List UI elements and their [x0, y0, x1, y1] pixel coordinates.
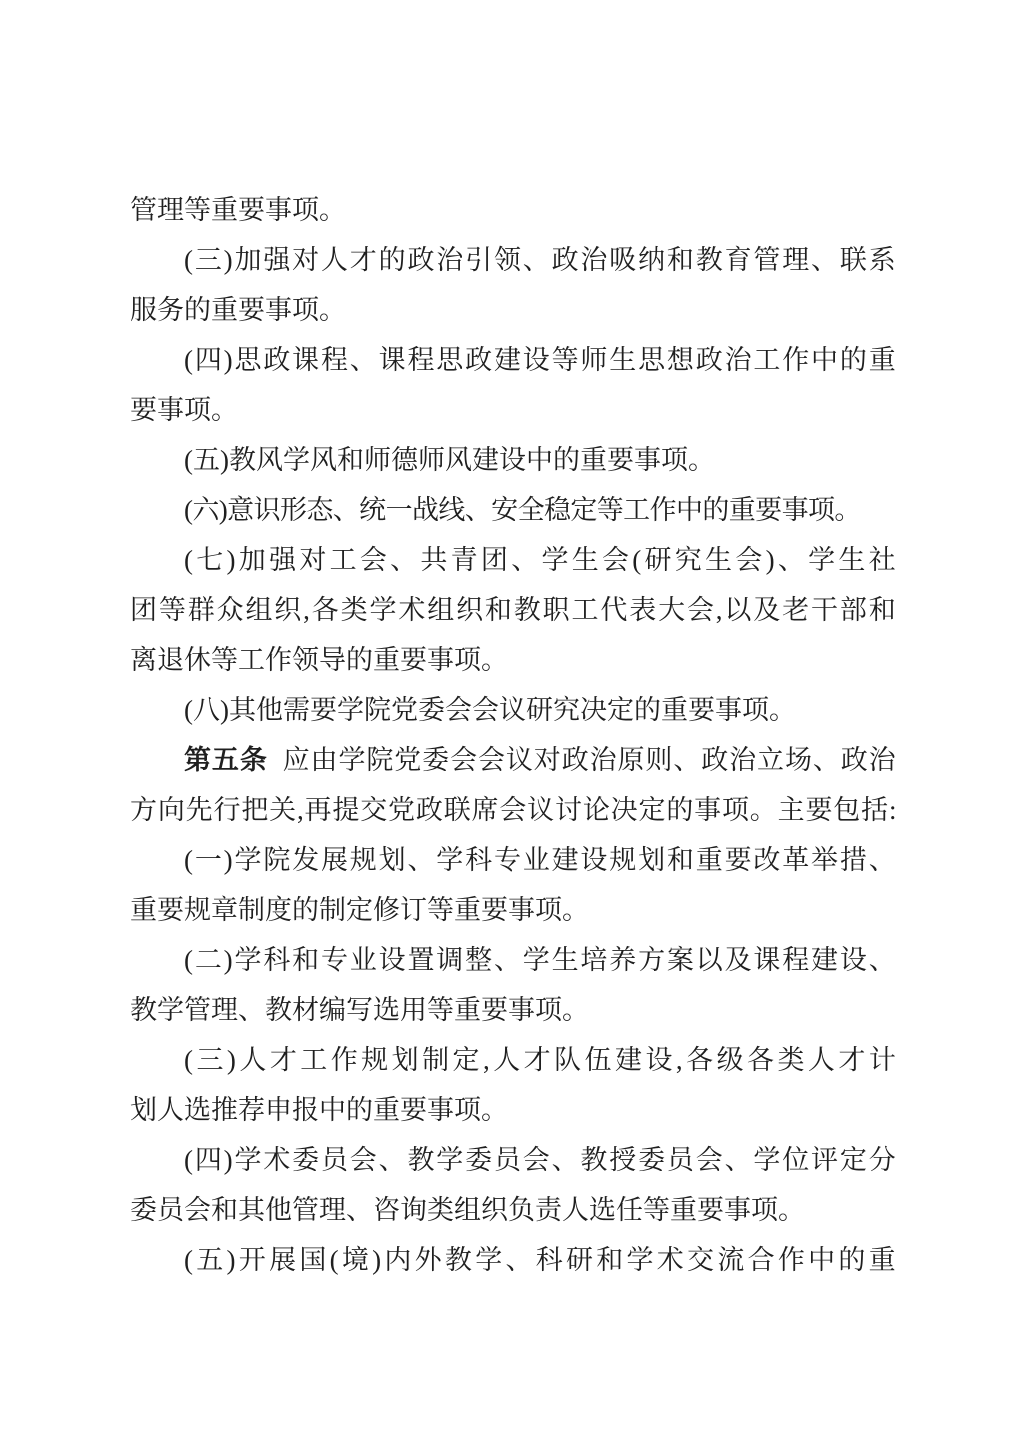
line-text: 设	[840, 935, 867, 985]
line-text: 培	[580, 935, 607, 985]
line-text: 调	[436, 935, 463, 985]
line-text: 共	[420, 535, 447, 585]
line-text: 原	[618, 735, 645, 785]
line-text: 作	[778, 1235, 805, 1285]
line-text: 联	[840, 235, 867, 285]
line-text: 以	[724, 585, 751, 635]
line-text: 领	[494, 235, 521, 285]
line-text: (	[184, 1235, 193, 1285]
line-text: )	[227, 1035, 236, 1085]
line-text: 院	[263, 835, 290, 885]
line-text: 生	[552, 935, 579, 985]
line-text: 、	[494, 935, 521, 985]
document-line: 划人选推荐申报中的重要事项。	[130, 1085, 896, 1135]
line-text: 境	[342, 1235, 369, 1285]
line-text: 定	[638, 785, 664, 835]
line-text: 课	[292, 335, 319, 385]
line-text: 教学管理、教材编写选用等重要事项。	[130, 995, 589, 1025]
line-text: 表	[629, 585, 656, 635]
line-text: 中	[811, 335, 838, 385]
document-line: (三)人才工作规划制定,人才队伍建设,各级各类人才计	[130, 1035, 896, 1085]
line-text: 、	[673, 735, 700, 785]
line-text: 科	[536, 1235, 563, 1285]
line-text: 各	[747, 1035, 774, 1085]
line-text: 、	[552, 1135, 579, 1185]
line-text: 革	[782, 835, 809, 885]
document-line: (四)思政课程、课程思政建设等师生思想政治工作中的重	[130, 335, 896, 385]
line-text: 项	[722, 785, 748, 835]
line-text: 置	[407, 935, 434, 985]
line-text: 包	[833, 785, 859, 835]
line-text: 建	[494, 335, 521, 385]
line-text: 合	[748, 1235, 775, 1285]
line-text: ,	[303, 585, 310, 635]
line-text: 治	[590, 735, 617, 785]
line-text: 学	[808, 535, 835, 585]
line-text: 师	[580, 335, 607, 385]
line-text: 的	[840, 335, 867, 385]
line-text: 重	[869, 335, 896, 385]
line-text: 和	[869, 585, 896, 635]
line-text: 团	[130, 585, 157, 635]
line-text: 作	[331, 1035, 358, 1085]
line-text: 整	[465, 935, 492, 985]
line-text: 建	[811, 935, 838, 985]
line-text: 案	[667, 935, 694, 985]
line-text: 委	[292, 1135, 319, 1185]
line-text: (	[632, 535, 641, 585]
line-text: 部	[840, 585, 867, 635]
line-text: 教	[580, 1135, 607, 1185]
line-text: 重	[696, 835, 723, 885]
line-text: 课	[753, 935, 780, 985]
document-line: (八)其他需要学院党委会会议研究决定的重要事项。	[130, 685, 896, 735]
line-text: 研	[566, 1235, 593, 1285]
line-text: 教	[407, 1135, 434, 1185]
line-text: 五	[196, 1235, 223, 1285]
line-text: 学	[523, 935, 550, 985]
line-text: 代	[600, 585, 627, 635]
line-text: )	[224, 1135, 233, 1185]
line-text: 一	[195, 835, 222, 885]
document-line: 团等群众组织,各类学术组织和教职工代表大会,以及老干部和	[130, 585, 896, 635]
line-text: 学	[436, 835, 463, 885]
line-text: 括	[861, 785, 887, 835]
line-text: 、	[390, 535, 417, 585]
document-page: 管理等重要事项。(三)加强对人才的政治引领、政治吸纳和教育管理、联系服务的重要事…	[0, 0, 1024, 1448]
line-text: 工	[753, 335, 780, 385]
line-text: 、	[778, 535, 805, 585]
line-text: 分	[869, 1135, 896, 1185]
line-text: 会	[360, 535, 387, 585]
line-text: 会	[687, 585, 714, 635]
line-text: 会	[735, 535, 762, 585]
line-text: 养	[609, 935, 636, 985]
line-text: 政	[696, 335, 723, 385]
line-text: (	[184, 835, 193, 885]
line-text: 业	[350, 935, 377, 985]
line-text: 展	[321, 835, 348, 885]
line-text: 加	[239, 535, 266, 585]
line-text: 计	[869, 1035, 896, 1085]
line-text: 学	[541, 535, 568, 585]
line-text: 学	[627, 1235, 654, 1285]
line-text: 发	[292, 835, 319, 885]
line-text: 治	[436, 235, 463, 285]
line-text: 政	[562, 735, 589, 785]
line-text: 服务的重要事项。	[130, 295, 346, 325]
line-text: 等	[159, 585, 186, 635]
line-text: ,	[297, 785, 303, 835]
line-text: 强	[263, 235, 290, 285]
line-text: )	[372, 1235, 381, 1285]
line-text: 委员会和其他管理、咨询类组织负责人选任等重要事项。	[130, 1195, 805, 1225]
document-line: 第五条应由学院党委会会议对政治原则、政治立场、政治	[130, 735, 896, 785]
line-text: 学	[475, 1235, 502, 1285]
line-text: 生	[838, 535, 865, 585]
line-text: 吸	[609, 235, 636, 285]
line-text: 治	[580, 235, 607, 285]
line-text: 会	[523, 1135, 550, 1185]
line-text: 举	[811, 835, 838, 885]
line-text: 生	[705, 535, 732, 585]
line-text: 议	[527, 785, 553, 835]
line-text: 中	[808, 1235, 835, 1285]
line-text: 究	[675, 535, 702, 585]
line-text: 交	[360, 785, 386, 835]
line-text: 组	[245, 585, 272, 635]
line-text: 三	[196, 1035, 223, 1085]
line-text: 才	[524, 1035, 551, 1085]
line-text: 离退休等工作领导的重要事项。	[130, 645, 508, 675]
line-text: 政	[552, 235, 579, 285]
document-line: 离退休等工作领导的重要事项。	[130, 635, 896, 685]
document-line: 管理等重要事项。	[130, 185, 896, 235]
line-text: 研	[645, 535, 672, 585]
line-text: 划人选推荐申报中的重要事项。	[130, 1095, 508, 1125]
line-text: (	[184, 335, 193, 385]
line-text: 。	[750, 785, 776, 835]
line-text: 级	[717, 1035, 744, 1085]
line-text: 队	[554, 1035, 581, 1085]
line-text: ,	[483, 1035, 490, 1085]
line-text: 政	[465, 335, 492, 385]
line-text: 会	[350, 1135, 377, 1185]
document-line: (四)学术委员会、教学委员会、教授委员会、学位评定分	[130, 1135, 896, 1185]
line-text: 方	[638, 935, 665, 985]
line-text: 伍	[585, 1035, 612, 1085]
line-text: 重要规章制度的制定修订等重要事项。	[130, 895, 589, 925]
document-line: 服务的重要事项。	[130, 285, 896, 335]
line-text: 以	[696, 935, 723, 985]
line-text: 三	[195, 235, 222, 285]
line-text: 、	[725, 1135, 752, 1185]
line-text: 众	[217, 585, 244, 635]
line-text: 学	[338, 735, 365, 785]
document-line: 教学管理、教材编写选用等重要事项。	[130, 985, 896, 1035]
line-text: 才	[838, 1035, 865, 1085]
line-text: 理	[782, 235, 809, 285]
line-text: (	[184, 1135, 193, 1185]
line-text: 作	[782, 335, 809, 385]
line-text: 工	[300, 1035, 327, 1085]
line-text: 建	[615, 1035, 642, 1085]
line-text: 方	[130, 785, 156, 835]
line-text: 人	[321, 235, 348, 285]
line-text: 群	[188, 585, 215, 635]
line-text: 政	[841, 735, 868, 785]
line-text: 、	[407, 835, 434, 885]
line-text: 学	[234, 935, 261, 985]
line-text: 要	[805, 785, 831, 835]
line-text: 立	[757, 735, 784, 785]
line-text: 教	[514, 585, 541, 635]
line-text: 把	[241, 785, 267, 835]
line-text: )	[227, 1235, 236, 1285]
line-text: 思	[234, 335, 261, 385]
document-line: 要事项。	[130, 385, 896, 435]
line-text: (	[330, 1235, 339, 1285]
line-text: 和	[292, 935, 319, 985]
document-line: (五)开展国(境)内外教学、科研和学术交流合作中的重	[130, 1235, 896, 1285]
line-text: 加	[234, 235, 261, 285]
document-line: 委员会和其他管理、咨询类组织负责人选任等重要事项。	[130, 1185, 896, 1235]
line-text: (五)教风学风和师德师风建设中的重要事项。	[184, 445, 715, 475]
line-text: (	[184, 1035, 193, 1085]
line-text: 内	[384, 1235, 411, 1285]
line-text: 制	[422, 1035, 449, 1085]
line-text: 划	[392, 1035, 419, 1085]
line-text: 要	[725, 835, 752, 885]
line-text: 交	[687, 1235, 714, 1285]
line-text: 设	[645, 1035, 672, 1085]
document-line: (六)意识形态、统一战线、安全稳定等工作中的重要事项。	[130, 485, 896, 535]
line-text: 、	[811, 235, 838, 285]
line-text: 、	[869, 935, 896, 985]
line-text: 规	[361, 1035, 388, 1085]
line-text: 设	[379, 935, 406, 985]
line-text: 评	[811, 1135, 838, 1185]
line-text: 强	[269, 535, 296, 585]
line-text: 党	[388, 785, 414, 835]
line-text: 建	[552, 835, 579, 885]
line-text: 社	[869, 535, 896, 585]
line-text: 政	[407, 235, 434, 285]
line-text: 等	[552, 335, 579, 385]
line-text: 场	[785, 735, 812, 785]
line-text: 科	[465, 835, 492, 885]
document-line: (七)加强对工会、共青团、学生会(研究生会)、学生社	[130, 535, 896, 585]
line-text: 干	[811, 585, 838, 635]
line-text: 重	[869, 1235, 896, 1285]
line-text: 行	[213, 785, 239, 835]
line-text: 和	[485, 585, 512, 635]
line-text: 的	[379, 235, 406, 285]
line-text: 会	[696, 1135, 723, 1185]
line-text: 设	[580, 835, 607, 885]
line-text: )	[224, 235, 233, 285]
line-text: 、	[350, 335, 377, 385]
document-line: (五)教风学风和师德师风建设中的重要事项。	[130, 435, 896, 485]
article-number-text: 条	[240, 735, 267, 785]
line-text: 学	[436, 1135, 463, 1185]
line-text: 育	[725, 235, 752, 285]
line-text: 对	[534, 735, 561, 785]
line-text: 讨	[555, 785, 581, 835]
line-text: 团	[481, 535, 508, 585]
line-text: 七	[196, 535, 223, 585]
line-text: (	[184, 235, 193, 285]
line-text: 专	[321, 935, 348, 985]
line-text: 授	[609, 1135, 636, 1185]
line-text: 流	[717, 1235, 744, 1285]
line-text: 员	[667, 1135, 694, 1185]
line-text: 治	[729, 735, 756, 785]
line-text: 改	[753, 835, 780, 885]
line-text: 业	[523, 835, 550, 885]
line-text: 生	[572, 535, 599, 585]
line-text: 划	[379, 835, 406, 885]
line-text: 议	[506, 735, 533, 785]
line-text: 向	[158, 785, 184, 835]
line-text: 程	[407, 335, 434, 385]
line-text: 治	[869, 735, 896, 785]
line-text: 想	[667, 335, 694, 385]
article-number-text: 第	[184, 735, 211, 785]
line-text: 老	[782, 585, 809, 635]
document-body: 管理等重要事项。(三)加强对人才的政治引领、政治吸纳和教育管理、联系服务的重要事…	[130, 185, 896, 1285]
line-text: 学	[234, 1135, 261, 1185]
line-text: 术	[657, 1235, 684, 1285]
line-text: 、	[813, 735, 840, 785]
line-text: 、	[869, 835, 896, 885]
line-text: 委	[465, 1135, 492, 1185]
line-text: 、	[505, 1235, 532, 1285]
line-text: 国	[299, 1235, 326, 1285]
line-text: 织	[274, 585, 301, 635]
line-text: 学	[234, 835, 261, 885]
line-text: 要事项。	[130, 395, 238, 425]
line-text: 规	[609, 835, 636, 885]
line-text: 和	[596, 1235, 623, 1285]
line-text: 和	[667, 235, 694, 285]
line-text: 则	[645, 735, 672, 785]
line-text: 规	[350, 835, 377, 885]
line-text: 青	[451, 535, 478, 585]
line-text: 课	[379, 335, 406, 385]
line-text: 四	[195, 335, 222, 385]
line-text: 政	[263, 335, 290, 385]
line-text: 引	[465, 235, 492, 285]
document-line: 重要规章制度的制定修订等重要事项。	[130, 885, 896, 935]
line-text: 管	[753, 235, 780, 285]
line-text: 及	[725, 935, 752, 985]
line-text: 专	[494, 835, 521, 885]
line-text: 的	[666, 785, 692, 835]
line-text: 教	[696, 235, 723, 285]
line-text: 程	[321, 335, 348, 385]
line-text: )	[227, 535, 236, 585]
line-text: 联	[444, 785, 470, 835]
line-text: 对	[299, 535, 326, 585]
line-text: ,	[676, 1035, 683, 1085]
line-text: 定	[453, 1035, 480, 1085]
line-text: 四	[195, 1135, 222, 1185]
line-text: (六)意识形态、统一战线、安全稳定等工作中的重要事项。	[184, 495, 861, 525]
line-text: 组	[427, 585, 454, 635]
line-text: 科	[263, 935, 290, 985]
line-text: 席	[472, 785, 498, 835]
line-text: (八)其他需要学院党委会会议研究决定的重要事项。	[184, 695, 796, 725]
line-text: 决	[611, 785, 637, 835]
line-text: 人	[808, 1035, 835, 1085]
line-text: 各	[686, 1035, 713, 1085]
line-text: 生	[609, 335, 636, 385]
line-text: 的	[838, 1235, 865, 1285]
line-text: 人	[493, 1035, 520, 1085]
document-line: (三)加强对人才的政治引领、政治吸纳和教育管理、联系	[130, 235, 896, 285]
line-text: 展	[269, 1235, 296, 1285]
line-text: 会	[478, 735, 505, 785]
line-text: (	[184, 535, 193, 585]
document-line: (一)学院发展规划、学科专业建设规划和重要改革举措、	[130, 835, 896, 885]
document-line: (二)学科和专业设置调整、学生培养方案以及课程建设、	[130, 935, 896, 985]
line-text: 工	[572, 585, 599, 635]
line-text: 治	[725, 335, 752, 385]
line-text: 员	[494, 1135, 521, 1185]
line-text: )	[224, 835, 233, 885]
line-text: 措	[840, 835, 867, 885]
line-text: (	[184, 935, 193, 985]
line-text: )	[766, 535, 775, 585]
line-text: 委	[422, 735, 449, 785]
line-text: 会	[450, 735, 477, 785]
line-text: 外	[415, 1235, 442, 1285]
line-text: 系	[869, 235, 896, 285]
line-text: 事	[694, 785, 720, 835]
line-text: 类	[341, 585, 368, 635]
line-text: 院	[366, 735, 393, 785]
line-text: 才	[270, 1035, 297, 1085]
line-text: 应	[283, 735, 310, 785]
line-text: 位	[782, 1135, 809, 1185]
line-text: 工	[330, 535, 357, 585]
line-text: 会	[499, 785, 525, 835]
line-text: 管理等重要事项。	[130, 195, 346, 225]
line-text: )	[224, 935, 233, 985]
line-text: 再	[305, 785, 331, 835]
line-text: 对	[292, 235, 319, 285]
line-text: 织	[456, 585, 483, 635]
line-text: 各	[312, 585, 339, 635]
line-text: 、	[511, 535, 538, 585]
line-text: 由	[311, 735, 338, 785]
line-text: 开	[239, 1235, 266, 1285]
line-text: 党	[394, 735, 421, 785]
line-text: 关	[269, 785, 295, 835]
line-text: 学	[369, 585, 396, 635]
line-text: 定	[840, 1135, 867, 1185]
line-text: 政	[701, 735, 728, 785]
line-text: 员	[321, 1135, 348, 1185]
line-text: 思	[638, 335, 665, 385]
line-text: 二	[195, 935, 222, 985]
line-text: :	[889, 785, 896, 835]
line-text: 政	[416, 785, 442, 835]
document-line: 方向先行把关,再提交党政联席会议讨论决定的事项。主要包括:	[130, 785, 896, 835]
line-text: 划	[638, 835, 665, 885]
line-text: 类	[777, 1035, 804, 1085]
